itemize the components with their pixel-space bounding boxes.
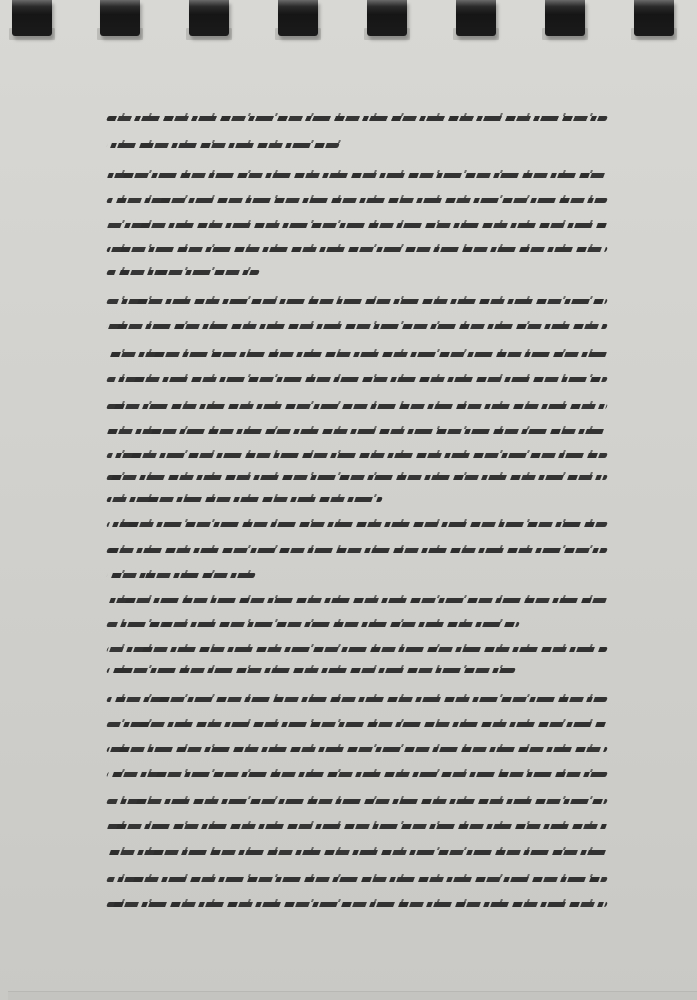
- handwriting-line: [106, 622, 520, 627]
- handwriting-line: [106, 247, 608, 252]
- handwriting-line: [106, 647, 608, 652]
- handwriting-line: [106, 824, 608, 829]
- handwriting-line: [106, 429, 608, 434]
- handwriting-line: [106, 143, 340, 148]
- handwriting-line: [106, 697, 608, 702]
- notebook-page: [0, 0, 697, 1000]
- handwriting-line: [106, 799, 608, 804]
- handwriting-line: [106, 668, 516, 673]
- handwriting-line: [106, 173, 608, 178]
- handwriting-line: [106, 598, 608, 603]
- handwriting-line: [106, 902, 608, 907]
- handwriting-line: [106, 453, 608, 458]
- handwriting-line: [106, 850, 608, 855]
- handwriting-line: [106, 722, 608, 727]
- handwriting-line: [106, 270, 260, 275]
- handwriting-line: [106, 404, 608, 409]
- handwriting-line: [106, 548, 608, 553]
- handwriting-line: [106, 497, 383, 502]
- handwriting-line: [106, 772, 608, 777]
- asemic-handwriting: [0, 0, 697, 1000]
- handwriting-line: [106, 198, 608, 203]
- handwriting-line: [106, 747, 608, 752]
- handwriting-line: [106, 116, 608, 121]
- handwriting-line: [106, 522, 608, 527]
- handwriting-line: [106, 223, 608, 228]
- handwriting-line: [106, 299, 608, 304]
- handwriting-line: [106, 324, 608, 329]
- handwriting-line: [106, 377, 608, 382]
- handwriting-line: [106, 877, 608, 882]
- handwriting-line: [106, 475, 608, 480]
- handwriting-line: [106, 573, 256, 578]
- handwriting-line: [106, 352, 608, 357]
